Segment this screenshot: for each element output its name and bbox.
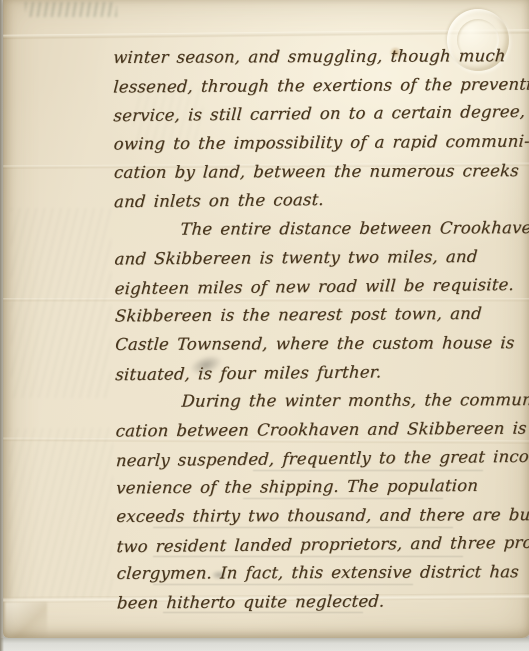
scanner-background <box>0 638 529 651</box>
manuscript-line: two resident landed proprietors, and thr… <box>116 528 529 561</box>
manuscript-line: The entire distance between Crookhaven <box>113 214 529 245</box>
bleedthrough-writing <box>11 208 111 398</box>
manuscript-line: eighteen miles of new road will be requi… <box>114 270 529 303</box>
manuscript-line: exceeds thirty two thousand, and there a… <box>115 501 529 532</box>
manuscript-line: clergymen. In fact, this extensive distr… <box>116 558 529 589</box>
manuscript-line: lessened, through the exertions of the p… <box>112 70 529 102</box>
manuscript-line: cation by land, between the numerous cre… <box>113 157 529 188</box>
bleedthrough-writing <box>9 428 113 598</box>
manuscript-line: venience of the shipping. The population <box>115 472 529 504</box>
manuscript-line: Skibbereen is the nearest post town, and <box>114 300 529 332</box>
scan-edge-shadow <box>0 0 4 651</box>
manuscript-line: winter season, and smuggling, though muc… <box>112 42 529 73</box>
manuscript-line: situated, is four miles further. <box>114 356 529 389</box>
manuscript-line: owing to the impossibility of a rapid co… <box>113 128 529 160</box>
manuscript-line: Castle Townsend, where the custom house … <box>114 329 529 360</box>
manuscript-line: and inlets on the coast. <box>113 184 529 217</box>
corner-fold <box>5 602 47 638</box>
manuscript-line: nearly suspended, frequently to the grea… <box>115 442 529 475</box>
manuscript-line: During the winter months, the communi- <box>115 386 529 417</box>
manuscript-line: service, is still carried on to a certai… <box>113 98 529 131</box>
manuscript-line: and Skibbereen is twenty two miles, and <box>114 242 529 274</box>
scanned-letter-page: winter season, and smuggling, though muc… <box>0 0 529 651</box>
manuscript-line: been hitherto quite neglected. <box>116 587 529 619</box>
manuscript-line: cation between Crookhaven and Skibbereen… <box>115 414 529 446</box>
letter-body: winter season, and smuggling, though muc… <box>113 42 529 619</box>
bleedthrough-writing <box>25 2 117 17</box>
letter-paper: winter season, and smuggling, though muc… <box>3 0 529 638</box>
